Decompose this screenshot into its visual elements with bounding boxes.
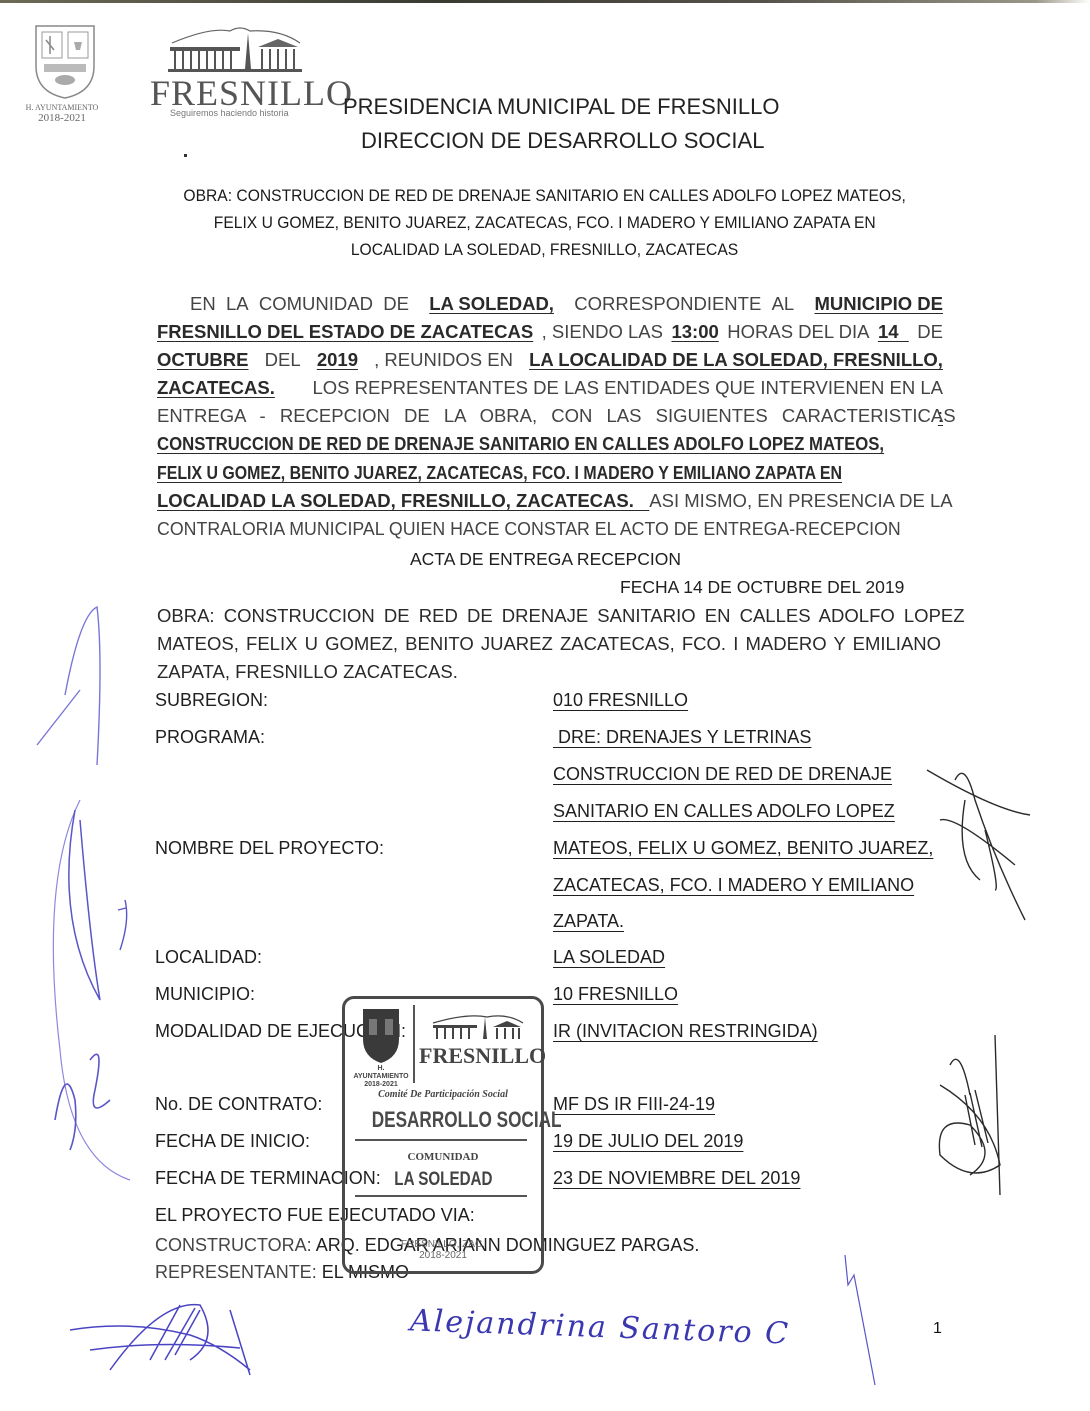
acta-title: ACTA DE ENTREGA RECEPCION <box>410 549 681 570</box>
paragraph-text: DE <box>917 321 943 343</box>
paragraph-line-2: FRESNILLO DEL ESTADO DE ZACATECAS , SIEN… <box>157 321 943 343</box>
paragraph-text: , REUNIDOS EN <box>374 349 513 371</box>
termino-value: 23 DE NOVIEMBRE DEL 2019 <box>553 1168 800 1189</box>
programa-label: PROGRAMA: <box>155 727 265 748</box>
localidad-value: LA SOLEDAD <box>553 947 665 968</box>
acta-obra-text: OBRA: CONSTRUCCION DE RED DE DRENAJE SAN… <box>157 605 965 627</box>
paragraph-text: CONTRALORIA MUNICIPAL QUIEN HACE CONSTAR… <box>157 518 901 540</box>
municipio-value: 10 FRESNILLO <box>553 984 678 1005</box>
lugar-value-a: LA LOCALIDAD DE LA SOLEDAD, FRESNILLO, <box>529 349 943 371</box>
hora-value: 13:00 <box>671 321 718 343</box>
stamp-department: DESARROLLO SOCIAL <box>345 1107 541 1133</box>
proyecto-value-line2: SANITARIO EN CALLES ADOLFO LOPEZ <box>553 801 895 822</box>
proyecto-label: NOMBRE DEL PROYECTO: <box>155 838 384 859</box>
signature-bottom-left <box>70 1300 260 1385</box>
obra-bold-line3: LOCALIDAD LA SOLEDAD, FRESNILLO, ZACATEC… <box>157 490 649 512</box>
acta-obra-text: ZAPATA, FRESNILLO ZACATECAS. <box>157 661 458 683</box>
municipio-value-a: MUNICIPIO DE <box>815 293 943 315</box>
stamp-crest-icon <box>359 1005 403 1065</box>
signature-bottom-name: Alejandrina Santoro C <box>410 1303 791 1351</box>
paragraph-line-6: CONSTRUCCION DE RED DE DRENAJE SANITARIO… <box>157 433 943 455</box>
contrato-label: No. DE CONTRATO: <box>155 1094 322 1115</box>
obra-title-line2: FELIX U GOMEZ, BENITO JUAREZ, ZACATECAS,… <box>0 213 1090 233</box>
acta-obra-text: MATEOS, FELIX U GOMEZ, BENITO JUAREZ ZAC… <box>157 633 941 655</box>
signature-left-bottom <box>30 800 140 1180</box>
ayuntamiento-crest <box>30 20 100 100</box>
stamp-rule <box>355 1139 527 1141</box>
obra-title-text: OBRA: CONSTRUCCION DE RED DE DRENAJE SAN… <box>184 186 906 206</box>
obra-bold-line2: FELIX U GOMEZ, BENITO JUAREZ, ZACATECAS,… <box>157 462 842 484</box>
paragraph-line-9: CONTRALORIA MUNICIPAL QUIEN HACE CONSTAR… <box>157 518 943 540</box>
page-number: 1 <box>933 1320 942 1338</box>
anio-value: 2019 <box>317 349 358 371</box>
desarrollo-social-stamp: H. AYUNTAMIENTO 2018-2021 FRESNILLO Comi… <box>342 996 544 1274</box>
stamp-bottom-line2: 2018-2021 <box>345 1250 541 1261</box>
acta-obra-line1: OBRA: CONSTRUCCION DE RED DE DRENAJE SAN… <box>157 605 943 627</box>
stamp-bottom-line1: FRESNILLO, ZAC. <box>345 1239 541 1250</box>
paragraph-text: EN LA COMUNIDAD DE <box>190 293 409 315</box>
stamp-bottom-text: FRESNILLO, ZAC. 2018-2021 <box>345 1239 541 1261</box>
subregion-label: SUBREGION: <box>155 690 268 711</box>
paragraph-line-8: LOCALIDAD LA SOLEDAD, FRESNILLO, ZACATEC… <box>157 490 943 512</box>
paragraph-text: DEL <box>265 349 301 371</box>
stamp-fresnillo-word: FRESNILLO <box>419 1043 546 1069</box>
obra-title-text: LOCALIDAD LA SOLEDAD, FRESNILLO, ZACATEC… <box>351 240 738 260</box>
contrato-value: MF DS IR FIII-24-19 <box>553 1094 715 1115</box>
stamp-department-text: DESARROLLO SOCIAL <box>372 1107 562 1133</box>
lugar-value-b: ZACATECAS. <box>157 377 275 399</box>
paragraph-line-1: EN LA COMUNIDAD DE LA SOLEDAD, CORRESPON… <box>190 293 943 315</box>
scan-edge <box>0 0 1090 3</box>
acta-fecha: FECHA 14 DE OCTUBRE DEL 2019 <box>620 577 904 598</box>
proyecto-value-line5: ZAPATA. <box>553 911 624 932</box>
constructora-label: CONSTRUCTORA: <box>155 1235 316 1255</box>
obra-bold-line1: CONSTRUCCION DE RED DE DRENAJE SANITARIO… <box>157 433 884 455</box>
fresnillo-tagline: Seguiremos haciendo historia <box>170 108 289 118</box>
proyecto-value-line1: CONSTRUCCION DE RED DE DRENAJE <box>553 764 892 785</box>
paragraph-text: : <box>938 405 943 427</box>
paragraph-line-5: ENTREGA - RECEPCION DE LA OBRA, CON LAS … <box>157 405 943 427</box>
dia-value: 14 <box>878 321 909 343</box>
signature-right-bottom <box>930 1035 1010 1195</box>
stamp-comunidad-text: LA SOLEDAD <box>394 1169 492 1191</box>
paragraph-line-4: ZACATECAS. LOS REPRESENTANTES DE LAS ENT… <box>157 377 943 399</box>
crest-caption-line2: 2018-2021 <box>22 113 102 124</box>
programa-value: DRE: DRENAJES Y LETRINAS <box>553 727 811 748</box>
inicio-label: FECHA DE INICIO: <box>155 1131 310 1152</box>
proyecto-value-line3: MATEOS, FELIX U GOMEZ, BENITO JUAREZ, <box>553 838 933 859</box>
signature-right-top <box>925 760 1035 920</box>
paragraph-line-3: OCTUBRE DEL 2019 , REUNIDOS EN LA LOCALI… <box>157 349 943 371</box>
municipio-value-b: FRESNILLO DEL ESTADO DE ZACATECAS <box>157 321 533 343</box>
paragraph-text: LOS REPRESENTANTES DE LAS ENTIDADES QUE … <box>312 377 943 399</box>
stamp-fresnillo-logo-icon <box>427 1013 527 1041</box>
stamp-divider <box>413 1005 415 1083</box>
header-title-presidencia: PRESIDENCIA MUNICIPAL DE FRESNILLO <box>343 94 779 120</box>
acta-obra-line3: ZAPATA, FRESNILLO ZACATECAS. <box>157 661 943 683</box>
stamp-comunidad-value: LA SOLEDAD <box>345 1169 541 1191</box>
paragraph-text: ENTREGA - RECEPCION DE LA OBRA, CON LAS … <box>157 405 956 427</box>
stamp-committee: Comité De Participación Social <box>345 1089 541 1100</box>
paragraph-line-7: FELIX U GOMEZ, BENITO JUAREZ, ZACATECAS,… <box>157 462 943 484</box>
stamp-comunidad-label: COMUNIDAD <box>345 1151 541 1163</box>
mes-value: OCTUBRE <box>157 349 248 371</box>
stamp-crest-caption: H. AYUNTAMIENTO 2018-2021 <box>351 1065 411 1089</box>
subregion-value: 010 FRESNILLO <box>553 690 688 711</box>
proyecto-value-line4: ZACATECAS, FCO. I MADERO Y EMILIANO <box>553 875 914 896</box>
scan-speck <box>184 154 187 157</box>
signature-bottom-right-stroke <box>840 1255 880 1385</box>
signature-left-top <box>25 595 105 775</box>
acta-obra-line2: MATEOS, FELIX U GOMEZ, BENITO JUAREZ ZAC… <box>157 633 943 655</box>
obra-title-text: FELIX U GOMEZ, BENITO JUAREZ, ZACATECAS,… <box>214 213 876 233</box>
header-title-direccion: DIRECCION DE DESARROLLO SOCIAL <box>361 128 764 154</box>
obra-title-line3: LOCALIDAD LA SOLEDAD, FRESNILLO, ZACATEC… <box>0 240 1090 260</box>
modalidad-value: IR (INVITACION RESTRINGIDA) <box>553 1021 818 1042</box>
stamp-rule <box>355 1195 527 1197</box>
paragraph-text: HORAS DEL DIA <box>727 321 869 343</box>
representante-label: REPRESENTANTE: <box>155 1262 322 1282</box>
crest-caption: H. AYUNTAMIENTO 2018-2021 <box>22 102 102 124</box>
obra-title-line1: OBRA: CONSTRUCCION DE RED DE DRENAJE SAN… <box>0 186 1090 206</box>
paragraph-text: ASI MISMO, EN PRESENCIA DE LA <box>649 490 952 512</box>
comunidad-value: LA SOLEDAD, <box>429 293 554 315</box>
paragraph-text: CORRESPONDIENTE AL <box>574 293 794 315</box>
inicio-value: 19 DE JULIO DEL 2019 <box>553 1131 743 1152</box>
localidad-label: LOCALIDAD: <box>155 947 262 968</box>
municipio-label: MUNICIPIO: <box>155 984 255 1005</box>
paragraph-text: , SIENDO LAS <box>542 321 663 343</box>
